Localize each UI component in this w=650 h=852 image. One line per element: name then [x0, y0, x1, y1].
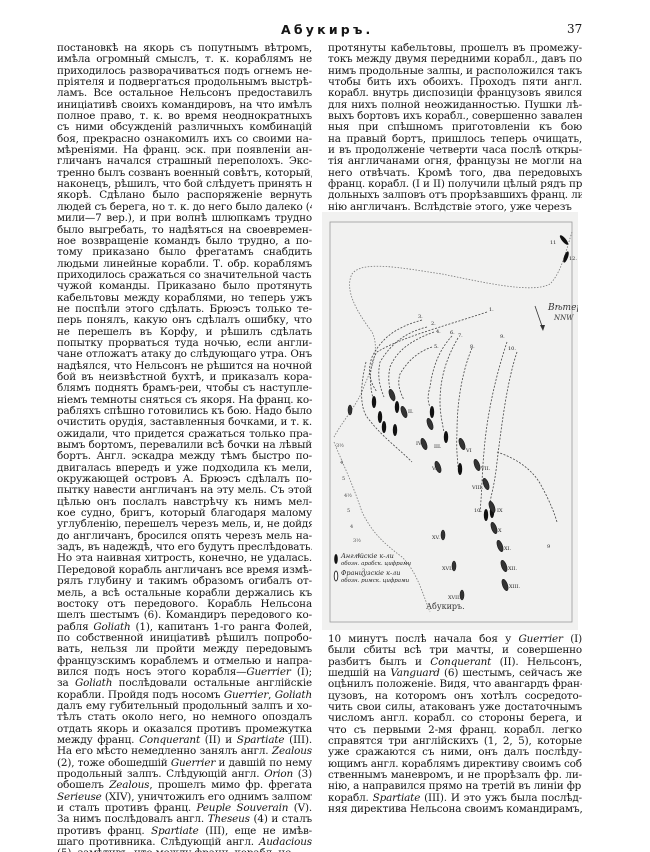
text-line: были сбиты всѣ три мачты, и совершенно	[328, 645, 582, 656]
english-ship-1	[372, 396, 376, 408]
legend-english-ship-icon	[334, 554, 338, 564]
text-line: ственнымъ маневромъ, и не прорѣзалъ фр. …	[328, 770, 582, 781]
svg-text:XVI.: XVI.	[442, 566, 453, 572]
svg-text:12.: 12.	[569, 256, 577, 262]
text-line: приходилось разворачиваться подъ огнемъ …	[57, 66, 312, 77]
text-line: него отвѣчать. Кромѣ того, два передовых…	[328, 168, 582, 179]
shoal-line	[334, 442, 430, 612]
text-line: бой въ неизвѣстной бухтѣ, и приказалъ ко…	[57, 372, 312, 383]
text-line: пріятеля и подвергаться продольнымъ выст…	[57, 77, 312, 88]
svg-text:1.: 1.	[489, 307, 494, 313]
text-line: и сталъ противъ франц. Peuple Souverain …	[57, 803, 312, 814]
svg-text:3½: 3½	[353, 537, 361, 544]
text-line: мѣреніями. На франц. эск. при появленіи …	[57, 145, 312, 156]
svg-text:4: 4	[340, 460, 343, 466]
text-line: нію, а направился прямо на третій въ лин…	[328, 781, 582, 792]
text-line: тренно былъ созванъ военный совѣтъ, кото…	[57, 168, 312, 179]
text-line: боя, прекрасно ознакомилъ ихъ со своими …	[57, 134, 312, 145]
text-line: Передовой корабль англичанъ все время из…	[57, 565, 312, 576]
text-line: ніемъ темноты сняться съ якоря. На франц…	[57, 395, 312, 406]
svg-text:VIII.: VIII.	[471, 485, 484, 491]
text-line: тому приказано было фрегатамъ снабдить	[57, 247, 312, 258]
text-line: вать, нельзя ли пройти между передовымъ	[57, 644, 312, 655]
text-line: надѣялся, что Нельсонъ не рѣшится на ноч…	[57, 361, 312, 372]
english-ship-3	[393, 424, 397, 436]
text-line: задъ, въ надеждѣ, что его будутъ преслѣд…	[57, 542, 312, 553]
text-line: (5), замѣтивъ, что между франц. корабл. …	[57, 848, 312, 852]
text-line: имѣла огромный смыслъ, т. к. кораблямъ н…	[57, 54, 312, 65]
text-line: вился подъ носъ этого корабля—Guerrier (…	[57, 667, 312, 678]
text-line: вымъ бортомъ, перевалили всѣ бочки на лѣ…	[57, 440, 312, 451]
text-line: между франц. Conquerant (II) и Spartiate…	[57, 735, 312, 746]
svg-text:XV.: XV.	[432, 535, 440, 541]
text-line: Но эта наивная хитрость, конечно, не уда…	[57, 553, 312, 564]
svg-text:3½: 3½	[336, 442, 344, 449]
right-column-top-text: протянуты кабельтовы, прошелъ въ промежу…	[328, 43, 582, 213]
page-header: Абукиръ. 37	[0, 22, 650, 38]
text-line: попытку прорваться туда ночью, если англ…	[57, 338, 312, 349]
text-line: и въ продолженіе четверти часа послѣ отк…	[328, 145, 582, 156]
svg-text:9: 9	[547, 544, 550, 550]
text-line: продольный залпъ. Слѣдующій англ. Orion …	[57, 769, 312, 780]
english-tracks	[362, 312, 557, 522]
text-line: людьми линейные корабли. Т. обр. корабля…	[57, 259, 312, 270]
french-ship-I	[388, 389, 397, 402]
svg-text:обозн. римск. цифрами: обозн. римск. цифрами	[341, 577, 410, 584]
text-line: 10 минутъ послѣ начала боя у Guerrier (I…	[328, 634, 582, 645]
svg-text:2.: 2.	[431, 321, 436, 327]
svg-text:обозн. арабск. цифрами: обозн. арабск. цифрами	[341, 560, 411, 567]
text-line: шаго противника. Слѣдующій англ. Audacio…	[57, 837, 312, 848]
english-ship-8	[458, 463, 462, 475]
text-line: корабл. Spartiate (III). И это ужъ была …	[328, 793, 582, 804]
text-line: кое судно, бригъ, который благодаря мало…	[57, 508, 312, 519]
french-ship-IX	[488, 501, 497, 514]
svg-text:10.: 10.	[508, 346, 516, 352]
text-line: на правый бортъ, пришлось теперь очищать…	[328, 134, 582, 145]
svg-text:VI: VI	[465, 448, 472, 454]
text-line: востоку отъ передового. Корабль Нельсона	[57, 599, 312, 610]
svg-text:6.: 6.	[450, 330, 455, 336]
text-line: мель, а всѣ остальные корабли держались …	[57, 588, 312, 599]
text-line: по собственной иниціативѣ рѣшилъ попробо…	[57, 633, 312, 644]
text-line: чане отложатъ атаку до слѣдующаго утра. …	[57, 349, 312, 360]
text-line: ныя при спѣшномъ приготовленіи къ бою	[328, 122, 582, 133]
svg-text:4½: 4½	[344, 492, 352, 499]
english-ship-11	[559, 234, 570, 246]
text-line: франц. корабл. (I и II) получили цѣлый р…	[328, 179, 582, 190]
text-line: что съ первыми 2-мя франц. корабл. легко	[328, 725, 582, 736]
svg-text:XVII.: XVII.	[448, 595, 461, 601]
svg-text:8.: 8.	[470, 344, 475, 350]
english-ship-9	[484, 509, 488, 521]
text-line: постановкѣ на якорь съ попутнымъ вѣтромъ…	[57, 43, 312, 54]
map-caption: Абукиръ.	[426, 602, 465, 611]
english-ships	[372, 234, 570, 521]
svg-text:11: 11	[550, 240, 556, 246]
english-ship-6	[430, 406, 434, 418]
map-legend: Англійскіе к-ли обозн. арабск. цифрами Ф…	[334, 552, 411, 584]
text-line: шедшій на Vanguard (6) шестымъ, сейчасъ …	[328, 668, 582, 679]
english-ship-5	[395, 401, 399, 413]
svg-text:X: X	[498, 528, 502, 534]
running-title: Абукиръ.	[281, 22, 373, 37]
svg-text:IX: IX	[497, 508, 503, 514]
svg-text:XIII.: XIII.	[509, 584, 520, 590]
text-line: цузовъ, на которомъ онъ хотѣлъ сосредото…	[328, 691, 582, 702]
text-line: ожидали, что придется сражаться только п…	[57, 429, 312, 440]
text-line: полное право, т. к. во время неоднократн…	[57, 111, 312, 122]
text-line: далъ ему губительный продольный залпъ и …	[57, 701, 312, 712]
text-line: справятся три англійскихъ (1, 2, 5), кот…	[328, 736, 582, 747]
text-line: противъ франц. Spartiate (III), еще не и…	[57, 826, 312, 837]
text-line: гличанъ начался страшный переполохъ. Экс…	[57, 156, 312, 167]
text-line: рялъ глубину и такимъ образомъ огибалъ о…	[57, 576, 312, 587]
text-line: чужой команды. Приказано было протянуть	[57, 281, 312, 292]
text-line: до англичанъ, бросился опять черезъ мель…	[57, 531, 312, 542]
svg-text:3.: 3.	[418, 314, 423, 320]
english-ship-2	[378, 411, 382, 423]
svg-text:Англійскіе к-ли: Англійскіе к-ли	[340, 552, 394, 560]
text-line: рабляхъ спѣшно готовились къ бою. Надо б…	[57, 406, 312, 417]
text-line: На его мѣсто немедленно занялъ англ. Zea…	[57, 746, 312, 757]
svg-text:II.: II.	[408, 409, 414, 415]
svg-text:Французскіе к-ли: Французскіе к-ли	[341, 569, 400, 577]
page-number: 37	[567, 22, 582, 36]
text-line: шелъ шестымъ (6). Командиръ передового к…	[57, 610, 312, 621]
text-line: иниціативѣ своихъ командировъ, на что им…	[57, 100, 312, 111]
text-line: тія англичанами огня, французы не могли …	[328, 156, 582, 167]
aboukir-battle-map: Вѣтеръ NNW	[322, 212, 578, 630]
svg-text:5.: 5.	[434, 344, 439, 350]
svg-text:4: 4	[350, 524, 353, 530]
french-ship-XIV	[348, 405, 352, 415]
text-line: было выгребать, то надѣяться на своеврем…	[57, 225, 312, 236]
text-line: блямъ поднять брамъ-реи, чтобы съ наступ…	[57, 383, 312, 394]
text-line: корабл. внутрь диспозиціи французовъ яви…	[328, 88, 582, 99]
text-line: чить свои силы, атакованъ уже достаточны…	[328, 702, 582, 713]
svg-text:III.: III.	[434, 444, 442, 450]
right-column-bottom-text: 10 минутъ послѣ начала боя у Guerrier (I…	[328, 634, 582, 816]
text-line: наконецъ, рѣшилъ, что бой слѣдуетъ приня…	[57, 179, 312, 190]
text-line: бортъ. Англ. эскадра между тѣмъ быстро п…	[57, 451, 312, 462]
text-line: чтобы бить ихъ обоихъ. Проходъ пяти англ…	[328, 77, 582, 88]
text-line: ное возвращеніе командъ было трудно, а п…	[57, 236, 312, 247]
text-line: рабля Goliath (1), капитанъ 1-го ранга Ф…	[57, 622, 312, 633]
english-ship-4	[382, 421, 386, 433]
text-line: перь понялъ, какую онъ сдѣлалъ ошибку, ч…	[57, 315, 312, 326]
text-line: не перешелъ въ Корфу, и рѣшилъ сдѣлать	[57, 327, 312, 338]
french-ship-III	[426, 418, 435, 431]
ship-labels: 1.3.2. 4.5.6. 7.8.9. 10.1112. II.III.IV …	[408, 240, 577, 601]
svg-text:V.: V.	[431, 466, 437, 472]
text-line: За нимъ послѣдовалъ англ. Theseus (4) и …	[57, 814, 312, 825]
text-line: углубленію, перешелъ черезъ мель, и, не …	[57, 519, 312, 530]
text-line: приходилось сражаться со значительной ча…	[57, 270, 312, 281]
text-line: пытку навести англичанъ на эту мель. Съ …	[57, 485, 312, 496]
svg-text:7.: 7.	[458, 333, 463, 339]
text-line: цѣлью онъ послалъ навстрѣчу къ нимъ мел-	[57, 497, 312, 508]
text-line: очистить орудія, заставленныя бочками, и…	[57, 417, 312, 428]
text-line: дольныхъ залповъ отъ прорѣзавшихъ франц.…	[328, 190, 582, 201]
text-line: числомъ англ. корабл. со стороны берега,…	[328, 713, 582, 724]
svg-text:5: 5	[342, 476, 345, 482]
text-line: двигалась впередъ и уже подходила къ мел…	[57, 463, 312, 474]
text-line: тѣлъ стать около него, но немного опозда…	[57, 712, 312, 723]
svg-text:XII.: XII.	[508, 566, 518, 572]
text-line: для нихъ полной неожиданностью. Пушки лѣ…	[328, 100, 582, 111]
text-line: якорѣ. Сдѣлано было распоряженіе вернуть	[57, 190, 312, 201]
svg-text:IV: IV	[416, 441, 422, 447]
text-line: разбитъ былъ и Conquerant (II). Нельсонъ…	[328, 657, 582, 668]
text-line: Serieuse (XIV), уничтожилъ его однимъ за…	[57, 792, 312, 803]
text-line: обошелъ Zealous, прошелъ мимо фр. фрегат…	[57, 780, 312, 791]
svg-text:10.: 10.	[474, 508, 482, 514]
english-ship-7	[444, 431, 448, 443]
battle-map-figure: Вѣтеръ NNW	[322, 212, 578, 630]
text-line: людей съ берега, но т. к. до него было д…	[57, 202, 312, 213]
svg-text:VII.: VII.	[480, 466, 491, 472]
text-line: не поспѣли этого сдѣлать. Брюэсъ только …	[57, 304, 312, 315]
french-ship-XV	[441, 530, 445, 540]
text-line: ющимъ англ. кораблямъ директиву своимъ с…	[328, 759, 582, 770]
text-line: отдать якорь и оказался противъ промежут…	[57, 724, 312, 735]
text-line: за Goliath послѣдовали остальные англійс…	[57, 678, 312, 689]
svg-text:XI.: XI.	[504, 546, 512, 552]
svg-text:9.: 9.	[500, 334, 505, 340]
text-line: уже сражаются съ ними, онъ далъ послѣду-	[328, 747, 582, 758]
text-line: токъ между двумя передними корабл., давъ…	[328, 54, 582, 65]
text-line: протянуты кабельтовы, прошелъ въ промежу…	[328, 43, 582, 54]
svg-text:4.: 4.	[436, 329, 441, 335]
text-line: кабельтовы между кораблями, но теперь уж…	[57, 293, 312, 304]
wind-direction: NNW	[553, 314, 574, 322]
text-line: французскимъ кораблемъ и отмелью и напра…	[57, 656, 312, 667]
text-line: нимъ продольные залпы, и расположился та…	[328, 66, 582, 77]
text-line: оцѣнилъ положеніе. Видя, что авангардъ ф…	[328, 679, 582, 690]
text-line: (2), тоже обошедшій Guerrier и давшій по…	[57, 758, 312, 769]
text-line: съ ними обсужденій различныхъ комбинацій	[57, 122, 312, 133]
svg-text:5: 5	[347, 508, 350, 514]
text-line: ламъ. Все остальное Нельсонъ предоставил…	[57, 88, 312, 99]
text-line: выхъ бортовъ ихъ корабл., совершенно зав…	[328, 111, 582, 122]
left-column-text: постановкѣ на якорь съ попутнымъ вѣтромъ…	[57, 43, 312, 852]
text-line: мили—7 вер.), и при волнѣ шлюпкамъ трудн…	[57, 213, 312, 224]
text-line: корабли. Пройдя подъ носомъ Guerrier, Go…	[57, 690, 312, 701]
legend-french-ship-icon	[334, 571, 338, 581]
wind-label: Вѣтеръ	[547, 303, 578, 313]
text-line: окружающей островъ А. Брюэсъ сдѣлалъ по-	[57, 474, 312, 485]
text-line: няя директива Нельсона своимъ командирам…	[328, 804, 582, 815]
